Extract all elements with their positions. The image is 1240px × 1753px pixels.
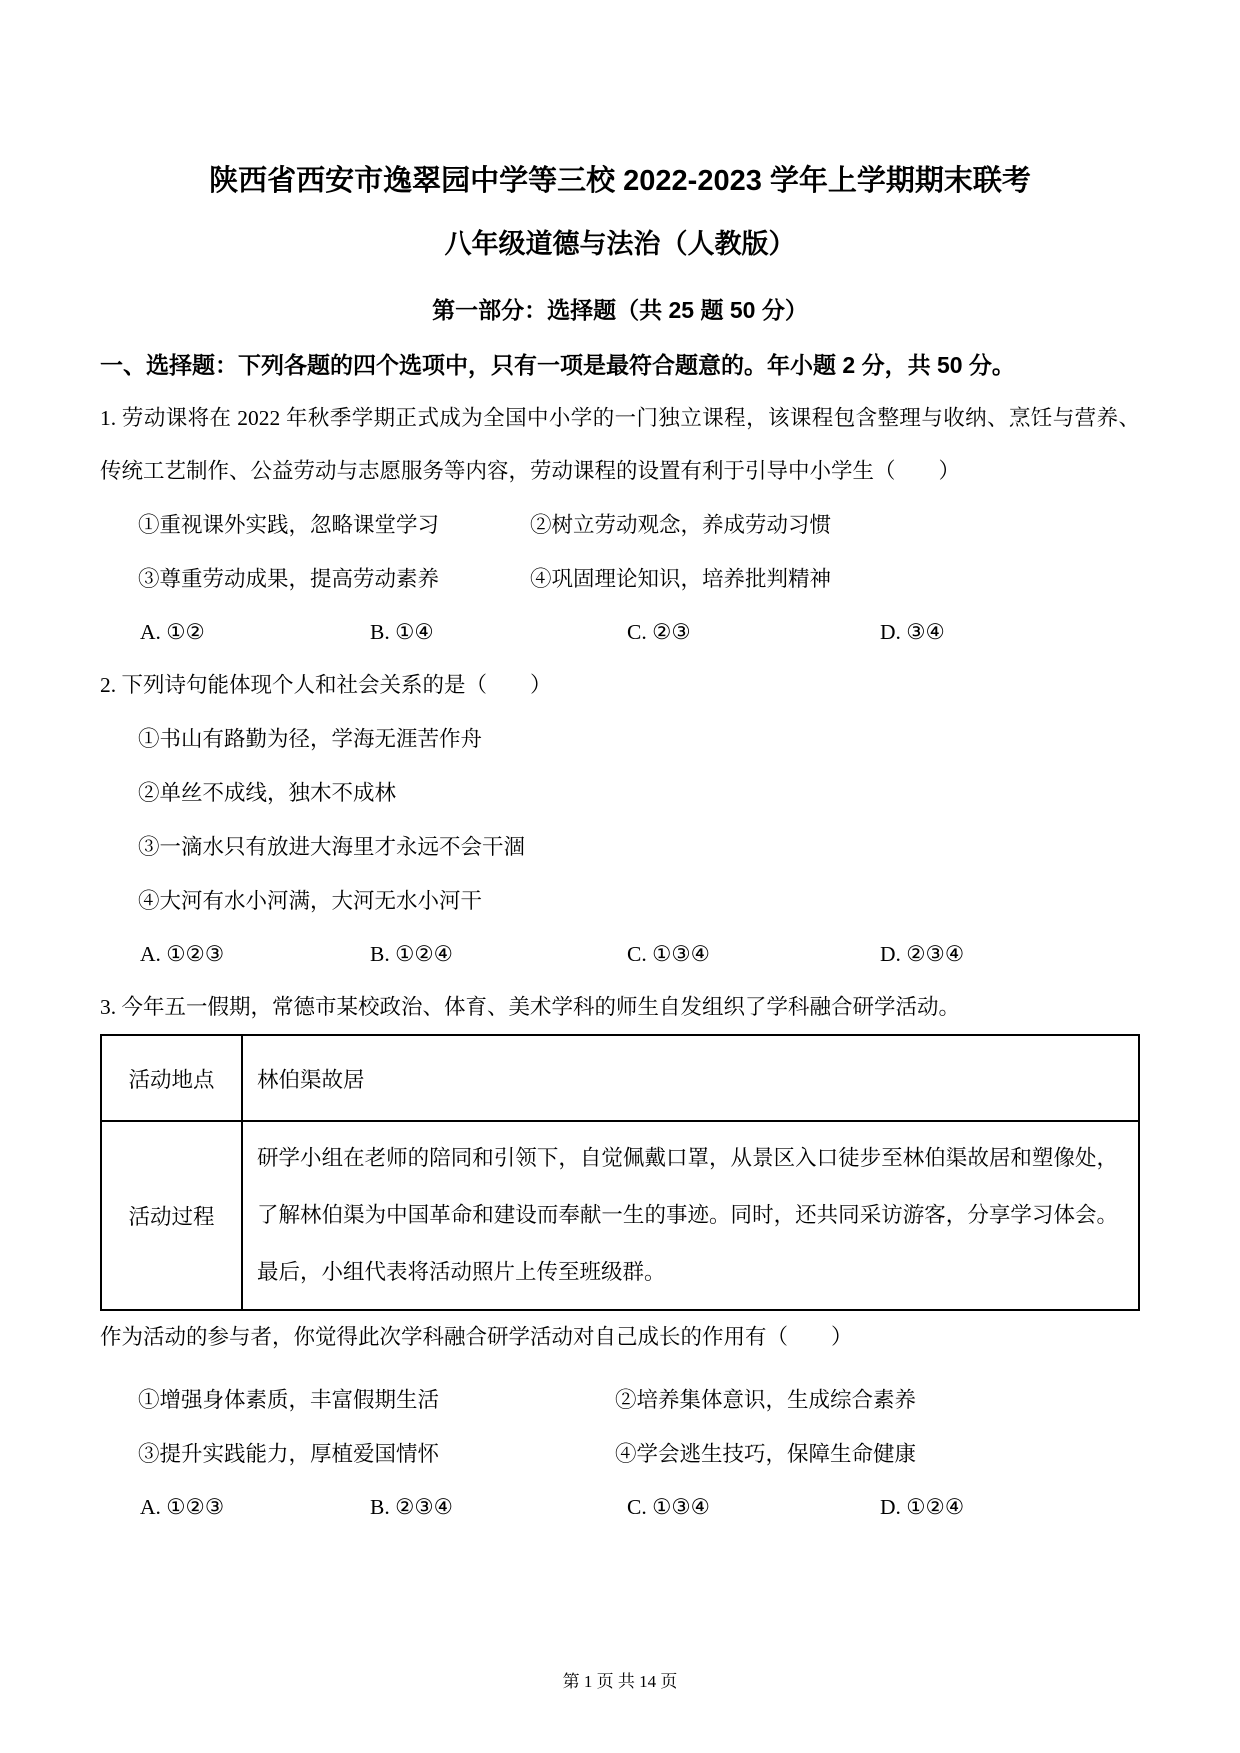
page-number-footer: 第 1 页 共 14 页 <box>0 1667 1240 1697</box>
sub-option: ①重视课外实践，忽略课堂学习 <box>138 498 530 552</box>
exam-title: 陕西省西安市逸翠园中学等三校 2022-2023 学年上学期期末联考 <box>100 152 1140 210</box>
question-3-sub-options: ①增强身体素质，丰富假期生活 ②培养集体意识，生成综合素养 ③提升实践能力，厚植… <box>100 1373 1140 1481</box>
choice-a: A. ①②③ <box>140 928 370 981</box>
choice-b: B. ①②④ <box>370 928 627 981</box>
sub-option: ③尊重劳动成果，提高劳动素养 <box>138 552 530 606</box>
choice-d: D. ②③④ <box>880 928 1140 981</box>
table-label-process: 活动过程 <box>101 1121 242 1310</box>
question-2-choices: A. ①②③ B. ①②④ C. ①③④ D. ②③④ <box>100 928 1140 981</box>
table-content-process: 研学小组在老师的陪同和引领下，自觉佩戴口罩，从景区入口徒步至林伯渠故居和塑像处，… <box>242 1121 1139 1310</box>
question-3-stem: 3. 今年五一假期，常德市某校政治、体育、美术学科的师生自发组织了学科融合研学活… <box>100 981 1140 1034</box>
sub-option: ③提升实践能力，厚植爱国情怀 <box>138 1427 615 1481</box>
question-1-stem: 1. 劳动课将在 2022 年秋季学期正式成为全国中小学的一门独立课程，该课程包… <box>100 392 1140 498</box>
choice-c: C. ①③④ <box>627 928 880 981</box>
table-content-location: 林伯渠故居 <box>242 1035 1139 1121</box>
table-row-process: 活动过程 研学小组在老师的陪同和引领下，自觉佩戴口罩，从景区入口徒步至林伯渠故居… <box>101 1121 1139 1310</box>
question-2-sub-options: ①书山有路勤为径，学海无涯苦作舟 ②单丝不成线，独木不成林 ③一滴水只有放进大海… <box>100 712 1140 928</box>
sub-option: ②培养集体意识，生成综合素养 <box>615 1373 1140 1427</box>
choice-d: D. ①②④ <box>880 1481 1140 1534</box>
choice-d: D. ③④ <box>880 606 1140 659</box>
exam-paper-page: 陕西省西安市逸翠园中学等三校 2022-2023 学年上学期期末联考 八年级道德… <box>0 0 1240 1753</box>
choice-a: A. ①②③ <box>140 1481 370 1534</box>
question-3-follow-up: 作为活动的参与者，你觉得此次学科融合研学活动对自己成长的作用有（ ） <box>100 1311 1140 1364</box>
activity-table: 活动地点 林伯渠故居 活动过程 研学小组在老师的陪同和引领下，自觉佩戴口罩，从景… <box>100 1034 1140 1311</box>
choice-a: A. ①② <box>140 606 370 659</box>
sub-option: ②单丝不成线，独木不成林 <box>138 766 1140 820</box>
choice-b: B. ①④ <box>370 606 627 659</box>
choice-c: C. ①③④ <box>627 1481 880 1534</box>
choice-c: C. ②③ <box>627 606 880 659</box>
table-label-location: 活动地点 <box>101 1035 242 1121</box>
choice-b: B. ②③④ <box>370 1481 627 1534</box>
question-1-sub-options: ①重视课外实践，忽略课堂学习 ②树立劳动观念，养成劳动习惯 ③尊重劳动成果，提高… <box>100 498 1140 606</box>
sub-option: ④学会逃生技巧，保障生命健康 <box>615 1427 1140 1481</box>
sub-option: ④大河有水小河满，大河无水小河干 <box>138 874 1140 928</box>
question-2-stem: 2. 下列诗句能体现个人和社会关系的是（ ） <box>100 659 1140 712</box>
table-row-location: 活动地点 林伯渠故居 <box>101 1035 1139 1121</box>
part-heading: 第一部分：选择题（共 25 题 50 分） <box>100 281 1140 339</box>
question-1-choices: A. ①② B. ①④ C. ②③ D. ③④ <box>100 606 1140 659</box>
sub-option: ②树立劳动观念，养成劳动习惯 <box>530 498 1140 552</box>
section-intro: 一、选择题：下列各题的四个选项中，只有一项是最符合题意的。年小题 2 分，共 5… <box>100 339 1140 392</box>
sub-option: ③一滴水只有放进大海里才永远不会干涸 <box>138 820 1140 874</box>
exam-subtitle: 八年级道德与法治（人教版） <box>100 215 1140 273</box>
sub-option: ①书山有路勤为径，学海无涯苦作舟 <box>138 712 1140 766</box>
sub-option: ④巩固理论知识，培养批判精神 <box>530 552 1140 606</box>
sub-option: ①增强身体素质，丰富假期生活 <box>138 1373 615 1427</box>
question-3-choices: A. ①②③ B. ②③④ C. ①③④ D. ①②④ <box>100 1481 1140 1534</box>
